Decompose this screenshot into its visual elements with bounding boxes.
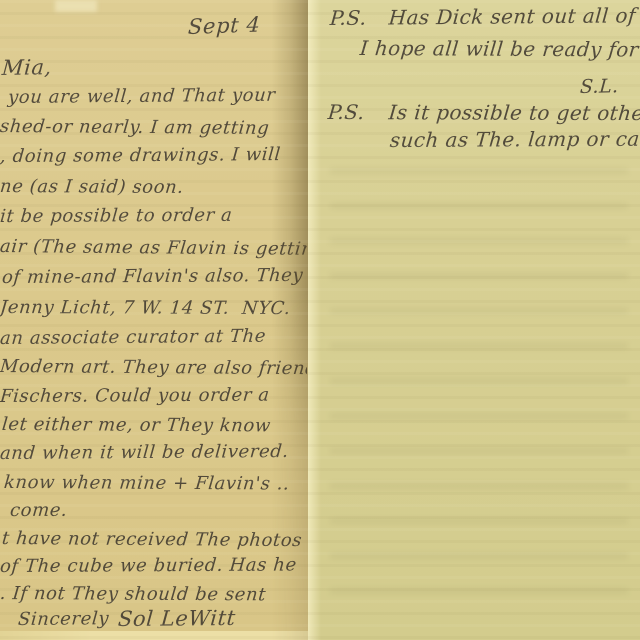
ps1-label: P.S. xyxy=(329,6,368,30)
body-line: , doing some drawings. I will xyxy=(0,146,282,166)
body-line: air (The same as Flavin is getting) xyxy=(0,238,307,259)
right-page-text: P.S.Has Dick sent out all of The I hope … xyxy=(308,0,640,640)
postscript-1-line-2: I hope all will be ready for Pre xyxy=(359,38,640,60)
body-line: Fischers. Could you order a xyxy=(0,387,270,406)
body-line: of The cube we buried. Has he xyxy=(0,556,298,576)
body-line: you are well, and That your xyxy=(7,87,276,107)
body-line: an associate curator at The xyxy=(0,328,267,348)
body-line: it be possible to order a xyxy=(0,207,233,226)
body-line: of mine-and Flavin's also. They xyxy=(1,267,304,287)
postscript-1-line-1: P.S.Has Dick sent out all of The xyxy=(329,5,640,28)
gutter-highlight xyxy=(308,0,321,640)
body-line: Modern art. They are also friends xyxy=(0,358,307,378)
postscript-2-line-1: P.S.Is it possible to get other w xyxy=(327,102,640,123)
letter-date: Sept 4 xyxy=(187,14,261,38)
letter-closing: Sincerely xyxy=(17,610,109,629)
ps2-label: P.S. xyxy=(327,100,366,124)
body-line: ne (as I said) soon. xyxy=(0,178,184,197)
letter-signature: Sol LeWitt xyxy=(117,608,236,630)
body-line: shed-or nearly. I am getting xyxy=(0,118,270,138)
letter-salutation: Mia, xyxy=(1,57,52,79)
body-line: know when mine + Flavin's .. xyxy=(3,474,290,493)
page-fold-shadow xyxy=(272,0,308,640)
author-initials: S.L. xyxy=(579,77,619,97)
body-line: let either me, or They know xyxy=(1,416,272,435)
ps1-text: Has Dick sent out all of The xyxy=(388,3,640,30)
body-line: come. xyxy=(9,502,68,520)
postscript-2-line-2: such as The. lamp or cabinet xyxy=(389,128,640,150)
body-line: and when it will be delivered. xyxy=(0,443,289,463)
ps2-text: Is it possible to get other w xyxy=(388,100,640,125)
left-page-text: Sept 4 Mia, you are well, and That your … xyxy=(0,0,307,640)
body-line: . If not They should be sent xyxy=(0,585,267,604)
scanned-letter: Sept 4 Mia, you are well, and That your … xyxy=(0,0,640,640)
body-line: Jenny Licht, 7 W. 14 ST. NYC. xyxy=(0,299,291,318)
body-line: t have not received The photos xyxy=(1,530,303,550)
